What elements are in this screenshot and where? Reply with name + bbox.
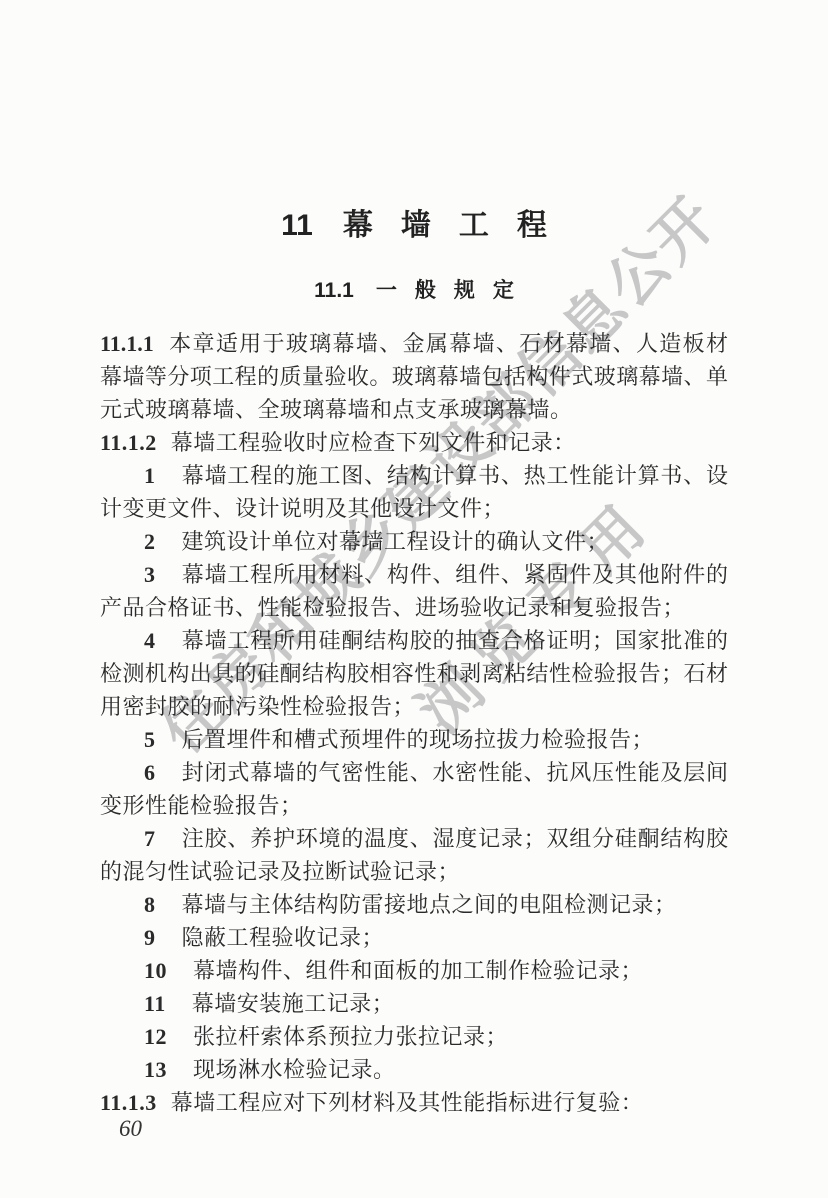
text-line: 产品合格证书、性能检验报告、进场验收记录和复验报告； [100, 591, 728, 624]
line-text: 封闭式幕墙的气密性能、水密性能、抗风压性能及层间 [181, 760, 728, 785]
line-number: 12 [144, 1024, 167, 1049]
chapter-title-text: 幕墙工程 [343, 209, 575, 242]
text-line: 11幕墙安装施工记录； [100, 987, 728, 1020]
line-text: 本章适用于玻璃幕墙、金属幕墙、石材幕墙、人造板材 [168, 331, 728, 356]
line-number: 9 [144, 925, 156, 950]
body-text: 11.1.1本章适用于玻璃幕墙、金属幕墙、石材幕墙、人造板材幕墙等分项工程的质量… [100, 327, 728, 1119]
text-line: 13现场淋水检验记录。 [100, 1053, 728, 1086]
line-text: 幕墙构件、组件和面板的加工制作检验记录； [193, 958, 643, 983]
line-text: 建筑设计单位对幕墙工程设计的确认文件； [182, 529, 610, 554]
line-text: 产品合格证书、性能检验报告、进场验收记录和复验报告； [100, 595, 685, 620]
line-text: 隐蔽工程验收记录； [182, 925, 385, 950]
text-line: 1幕墙工程的施工图、结构计算书、热工性能计算书、设 [100, 459, 728, 492]
text-line: 6封闭式幕墙的气密性能、水密性能、抗风压性能及层间 [100, 756, 728, 789]
chapter-number: 11 [281, 209, 313, 242]
line-number: 6 [144, 760, 155, 785]
line-text: 后置埋件和槽式预埋件的现场拉拔力检验报告； [182, 727, 655, 752]
line-text: 幕墙工程验收时应检查下列文件和记录： [171, 430, 576, 455]
line-text: 幕墙工程所用硅酮结构胶的抽查合格证明；国家批准的 [181, 628, 728, 653]
section-number: 11.1 [314, 279, 354, 302]
line-text: 现场淋水检验记录。 [193, 1057, 396, 1082]
text-line: 7注胶、养护环境的温度、湿度记录；双组分硅酮结构胶 [100, 822, 728, 855]
line-number: 11 [144, 991, 166, 1016]
line-number: 11.1.2 [100, 430, 157, 455]
text-line: 5后置埋件和槽式预埋件的现场拉拔力检验报告； [100, 723, 728, 756]
page-number: 60 [119, 1116, 142, 1142]
line-text: 的混匀性试验记录及拉断试验记录； [100, 859, 460, 884]
text-line: 11.1.1本章适用于玻璃幕墙、金属幕墙、石材幕墙、人造板材 [100, 327, 728, 360]
text-line: 用密封胶的耐污染性检验报告； [100, 690, 728, 723]
line-number: 13 [144, 1057, 167, 1082]
line-number: 8 [144, 892, 156, 917]
text-line: 检测机构出具的硅酮结构胶相容性和剥离粘结性检验报告；石材 [100, 657, 728, 690]
line-number: 10 [144, 958, 167, 983]
text-line: 元式玻璃幕墙、全玻璃幕墙和点支承玻璃幕墙。 [100, 393, 728, 426]
line-text: 幕墙工程的施工图、结构计算书、热工性能计算书、设 [181, 463, 728, 488]
text-line: 11.1.3幕墙工程应对下列材料及其性能指标进行复验： [100, 1086, 728, 1119]
section-heading-text: 一般规定 [376, 279, 532, 302]
line-text: 检测机构出具的硅酮结构胶相容性和剥离粘结性检验报告；石材 [100, 661, 728, 686]
line-text: 幕墙安装施工记录； [192, 991, 395, 1016]
line-number: 11.1.1 [100, 331, 154, 356]
text-line: 计变更文件、设计说明及其他设计文件； [100, 492, 728, 525]
line-text: 用密封胶的耐污染性检验报告； [100, 694, 415, 719]
text-line: 9隐蔽工程验收记录； [100, 921, 728, 954]
line-number: 5 [144, 727, 156, 752]
line-number: 7 [144, 826, 155, 851]
line-text: 幕墙与主体结构防雷接地点之间的电阻检测记录； [182, 892, 677, 917]
text-line: 4幕墙工程所用硅酮结构胶的抽查合格证明；国家批准的 [100, 624, 728, 657]
line-number: 3 [144, 562, 155, 587]
text-line: 的混匀性试验记录及拉断试验记录； [100, 855, 728, 888]
line-text: 注胶、养护环境的温度、湿度记录；双组分硅酮结构胶 [181, 826, 728, 851]
line-text: 元式玻璃幕墙、全玻璃幕墙和点支承玻璃幕墙。 [100, 397, 573, 422]
line-text: 张拉杆索体系预拉力张拉记录； [193, 1024, 508, 1049]
line-text: 幕墙工程应对下列材料及其性能指标进行复验： [171, 1090, 644, 1115]
line-number: 11.1.3 [100, 1090, 157, 1115]
text-line: 幕墙等分项工程的质量验收。玻璃幕墙包括构件式玻璃幕墙、单 [100, 360, 728, 393]
document-page: 住房和城乡建设部信息公开 浏览专用 11幕墙工程 11.1一般规定 11.1.1… [0, 0, 828, 1198]
text-line: 11.1.2幕墙工程验收时应检查下列文件和记录： [100, 426, 728, 459]
text-line: 8幕墙与主体结构防雷接地点之间的电阻检测记录； [100, 888, 728, 921]
text-line: 10幕墙构件、组件和面板的加工制作检验记录； [100, 954, 728, 987]
line-text: 幕墙等分项工程的质量验收。玻璃幕墙包括构件式玻璃幕墙、单 [100, 364, 728, 389]
section-heading: 11.1一般规定 [100, 274, 728, 304]
line-text: 变形性能检验报告； [100, 793, 303, 818]
text-line: 3幕墙工程所用材料、构件、组件、紧固件及其他附件的 [100, 558, 728, 591]
text-line: 12张拉杆索体系预拉力张拉记录； [100, 1020, 728, 1053]
line-text: 计变更文件、设计说明及其他设计文件； [100, 496, 505, 521]
text-line: 变形性能检验报告； [100, 789, 728, 822]
line-number: 4 [144, 628, 155, 653]
text-line: 2建筑设计单位对幕墙工程设计的确认文件； [100, 525, 728, 558]
line-text: 幕墙工程所用材料、构件、组件、紧固件及其他附件的 [181, 562, 728, 587]
chapter-title: 11幕墙工程 [100, 200, 728, 244]
line-number: 2 [144, 529, 156, 554]
line-number: 1 [144, 463, 155, 488]
